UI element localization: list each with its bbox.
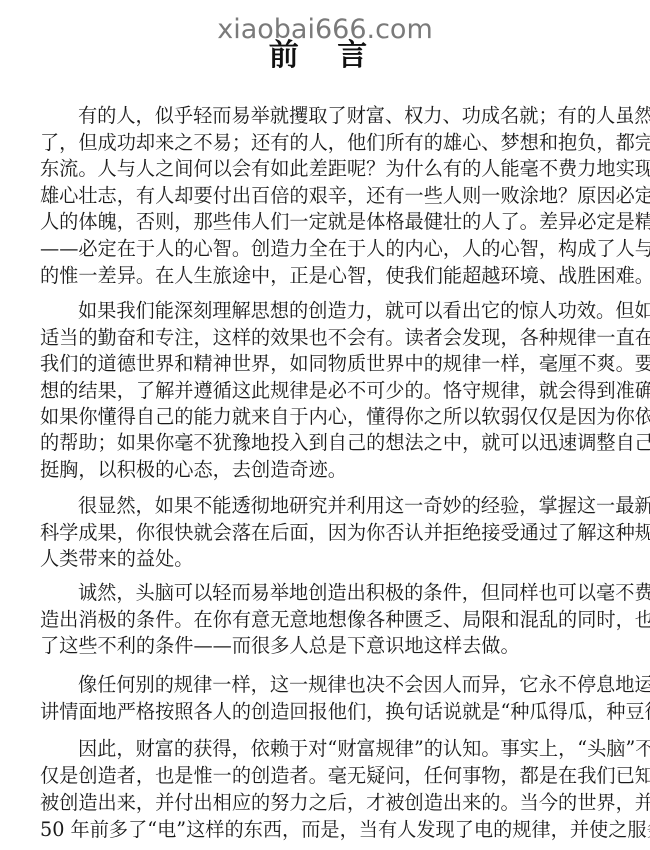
watermark: xiaobai666.com bbox=[0, 14, 650, 45]
text-line: 如果你懂得自己的能力就来自于内心，懂得你之所以软弱仅仅是因为你依靠外在 bbox=[40, 404, 602, 430]
text-line: 人的体魄，否则，那些伟人们一定就是体格最健壮的人了。差异必定是精神上的 bbox=[40, 209, 602, 235]
text-line: 科学成果，你很快就会落在后面，因为你否认并拒绝接受通过了解这种规律而给 bbox=[40, 520, 602, 546]
text-line: 很显然，如果不能透彻地研究并利用这一奇妙的经验，掌握这一最新的伟大 bbox=[78, 493, 602, 519]
text-line: 雄心壮志，有人却要付出百倍的艰辛，还有一些人则一败涂地？原因必定不在于 bbox=[40, 183, 602, 209]
text-line: 的帮助；如果你毫不犹豫地投入到自己的想法之中，就可以迅速调整自己，昂首 bbox=[40, 430, 602, 456]
text-line: 我们的道德世界和精神世界，如同物质世界中的规律一样，毫厘不爽。要获得理 bbox=[40, 351, 602, 377]
text-line: 了，但成功却来之不易；还有的人，他们所有的雄心、梦想和抱负，都完全付诸 bbox=[40, 130, 602, 156]
text-line: 挺胸，以积极的心态，去创造奇迹。 bbox=[40, 457, 602, 483]
text-line: 如果我们能深刻理解思想的创造力，就可以看出它的惊人功效。但如果没有 bbox=[78, 298, 602, 324]
text-line: 讲情面地严格按照各人的创造回报他们，换句话说就是“种瓜得瓜，种豆得豆。” bbox=[40, 699, 602, 725]
text-line: 有的人，似乎轻而易举就攫取了财富、权力、功成名就；有的人虽然也成功 bbox=[78, 103, 602, 129]
text-line: 东流。人与人之间何以会有如此差距呢？为什么有的人能毫不费力地实现自己的 bbox=[40, 156, 602, 182]
text-line: 仅是创造者，也是惟一的创造者。毫无疑问，任何事物，都是在我们已知它可以 bbox=[40, 763, 602, 789]
text-line: ——必定在于人的心智。创造力全在于人的内心，人的心智，构成了人与人之间 bbox=[40, 236, 602, 262]
text-line: 因此，财富的获得，依赖于对“财富规律”的认知。事实上，“头脑”不仅 bbox=[78, 736, 602, 762]
text-line: 诚然，头脑可以轻而易举地创造出积极的条件，但同样也可以毫不费力的创 bbox=[78, 580, 602, 606]
text-line: 造出消极的条件。在你有意无意地想像各种匮乏、局限和混乱的同时，也就创造 bbox=[40, 607, 602, 633]
text-line: 适当的勤奋和专注，这样的效果也不会有。读者会发现，各种规律一直在控制着 bbox=[40, 325, 602, 351]
text-line: 被创造出来，并付出相应的努力之后，才被创造出来的。当今的世界，并没有比 bbox=[40, 790, 602, 816]
text-line: 想的结果，了解并遵循这此规律是必不可少的。恪守规律，就会得到准确的结果。 bbox=[40, 378, 602, 404]
text-line: 了这些不利的条件——而很多人总是下意识地这样去做。 bbox=[40, 633, 602, 659]
text-line: 50 年前多了“电”这样的东西，而是，当有人发现了电的规律，并使之服务于 bbox=[40, 817, 602, 843]
text-line: 的惟一差异。在人生旅途中，正是心智，使我们能超越环境、战胜困难。 bbox=[40, 263, 602, 289]
text-line: 像任何别的规律一样，这一规律也决不会因人而异，它永不停息地运行，不 bbox=[78, 672, 602, 698]
text-line: 人类带来的益处。 bbox=[40, 546, 602, 572]
